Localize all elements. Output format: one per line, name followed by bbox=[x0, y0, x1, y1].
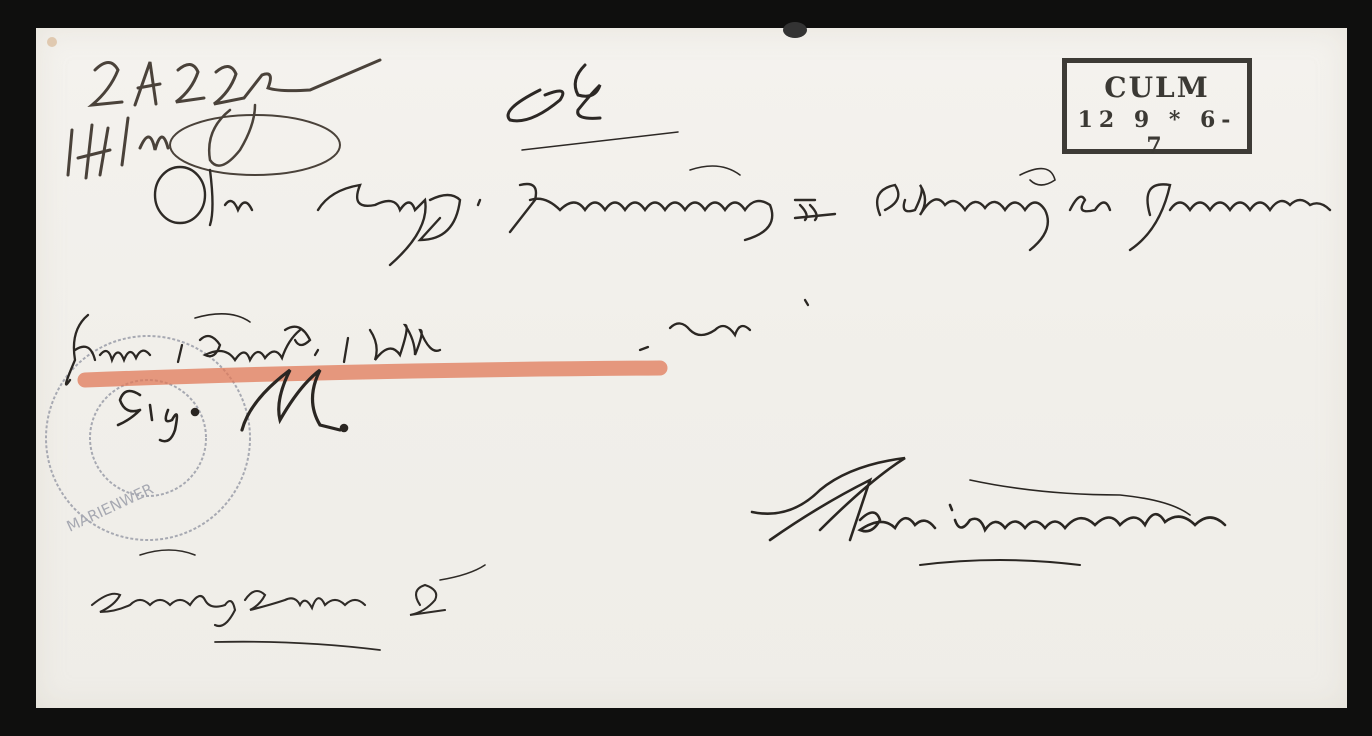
addressee-script bbox=[155, 166, 1330, 265]
svg-text:MARIENWER: MARIENWER bbox=[64, 480, 156, 536]
circle-postmark bbox=[46, 336, 250, 540]
red-crayon-stroke bbox=[85, 368, 660, 380]
ink-blot bbox=[783, 22, 807, 38]
abbreviation-hr bbox=[508, 65, 678, 150]
docket-numbers bbox=[68, 60, 380, 178]
foxing-spot bbox=[47, 37, 57, 47]
sender-note-script bbox=[92, 550, 485, 650]
destination-script bbox=[752, 458, 1225, 565]
manuscript-ink: MARIENWER bbox=[0, 0, 1372, 736]
